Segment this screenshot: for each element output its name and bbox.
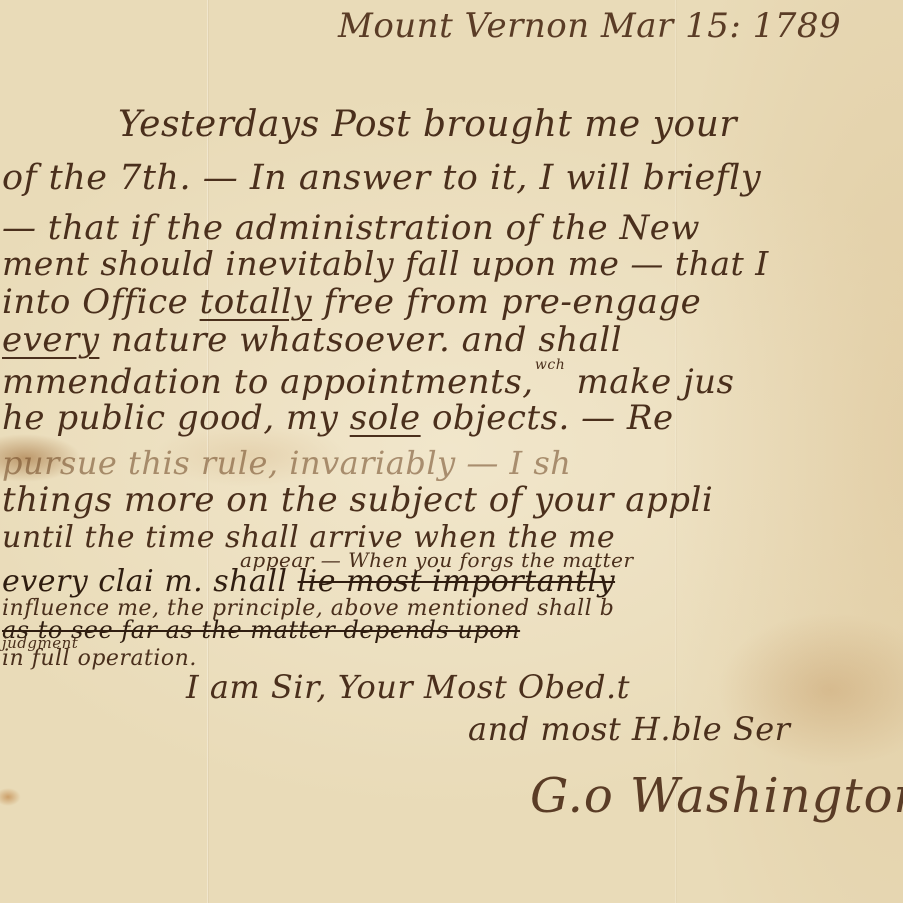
text-segment: every clai m. shall bbox=[2, 564, 288, 599]
letter-line: he public good, my sole objects. — Re bbox=[2, 398, 674, 438]
letter-line: every clai m. shall lie most importantly bbox=[2, 564, 615, 599]
underlined-word: every bbox=[2, 320, 99, 360]
text-segment: objects. — Re bbox=[432, 398, 674, 438]
struck-letter-line: as to see far as the matter depends upon bbox=[2, 616, 520, 644]
letter-line: in full operation. bbox=[2, 646, 197, 671]
signature: G.o Washington bbox=[530, 768, 903, 824]
letter-line: Yesterdays Post brought me your bbox=[118, 104, 737, 145]
letter-line: ment should inevitably fall upon me — th… bbox=[2, 244, 769, 283]
text-segment: he public good, my bbox=[2, 398, 338, 438]
letter-line: — that if the administration of the New bbox=[2, 208, 700, 248]
text-segment: into Office bbox=[2, 282, 188, 322]
text-segment: make jus bbox=[577, 362, 735, 402]
letter-line: mmendation to appointments, wch make jus bbox=[2, 362, 734, 402]
text-segment: mmendation to appointments, bbox=[2, 362, 534, 402]
letter-line: into Office totally free from pre-engage bbox=[2, 282, 701, 322]
manuscript-page: Mount Vernon Mar 15: 1789 Yesterdays Pos… bbox=[0, 0, 903, 903]
interlinear-insertion: wch bbox=[535, 357, 565, 373]
letter-line: every nature whatsoever. and shall bbox=[2, 320, 622, 360]
letter-line: things more on the subject of your appli bbox=[2, 480, 713, 520]
underlined-word: totally bbox=[200, 282, 313, 322]
underlined-word: sole bbox=[350, 398, 421, 438]
letter-line: of the 7th. — In answer to it, I will br… bbox=[2, 158, 761, 198]
struck-text: lie most importantly bbox=[298, 564, 616, 599]
dateline: Mount Vernon Mar 15: 1789 bbox=[338, 6, 841, 46]
closing-line: I am Sir, Your Most Obed.t bbox=[186, 668, 630, 706]
faded-letter-line: pursue this rule, invariably — I sh bbox=[2, 444, 571, 482]
text-segment: free from pre-engage bbox=[323, 282, 701, 322]
closing-line: and most H.ble Ser bbox=[468, 710, 790, 748]
text-segment: nature whatsoever. and shall bbox=[111, 320, 622, 360]
